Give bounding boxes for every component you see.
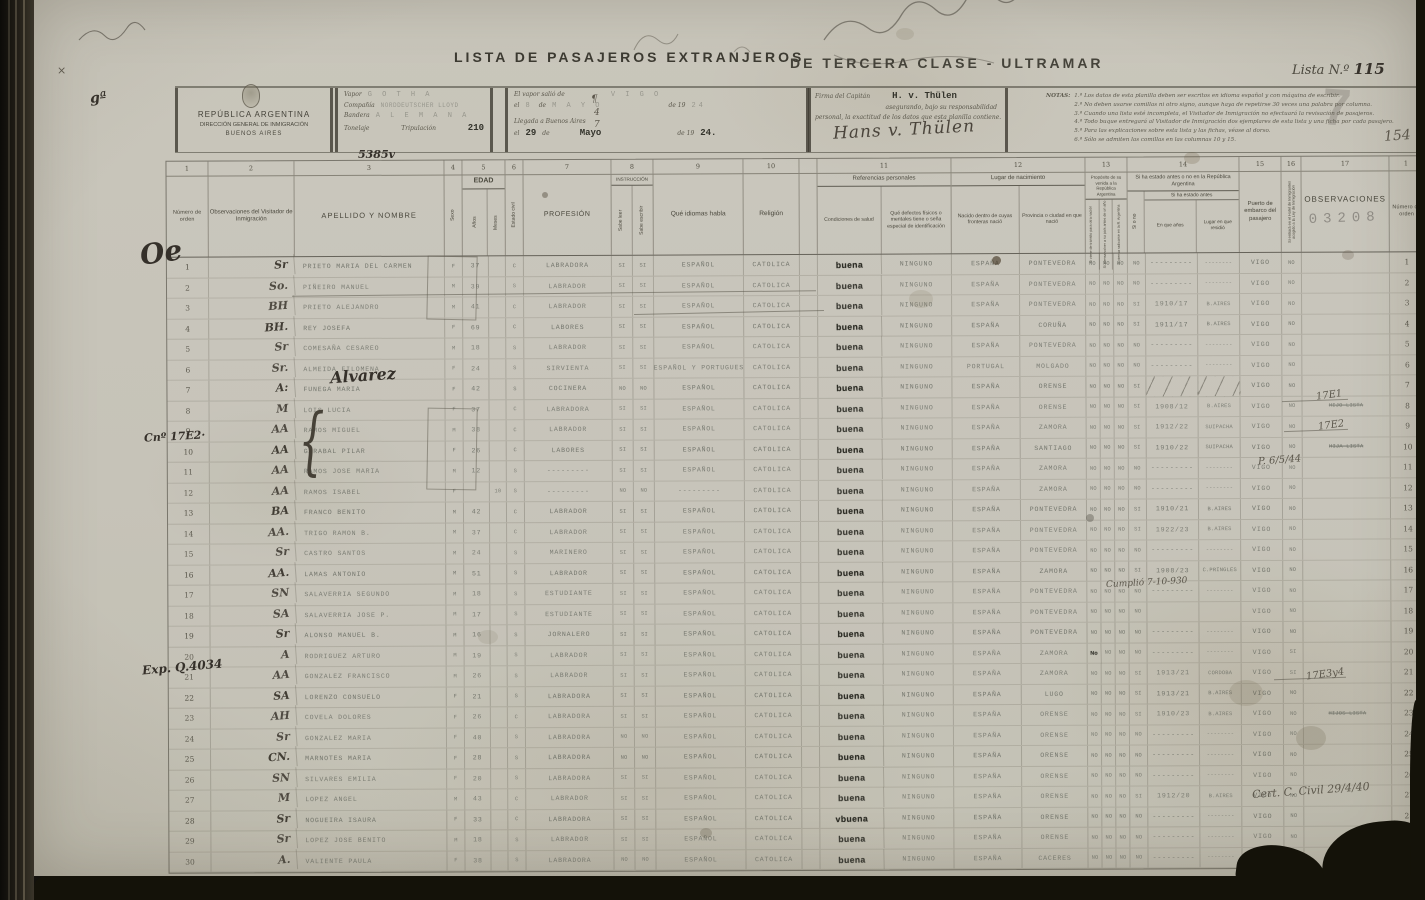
cell-sal: buena [819,664,883,685]
column-number: 15 [1239,157,1281,171]
cell-sp [802,829,820,849]
cell-sal: buena [819,480,883,501]
cell-idi: ESPAÑOL [655,604,745,624]
cell-sal: buena [818,357,882,378]
cell-rel: CATOLICA [745,521,801,541]
cell-def: NINGUNO [884,726,954,746]
column-number: 16 [1281,157,1301,171]
cell-n: 1 [167,258,209,278]
column-number: 12 [951,158,1085,173]
cell-ant: NO [1130,643,1148,663]
cell-n2: 6 [1390,355,1424,375]
cell-sp [802,849,820,869]
cell-def: NINGUNO [883,500,953,520]
cell-sp [800,378,818,398]
cell-n: 4 [167,319,209,339]
cell-p3: NO [1116,848,1130,868]
cell-p2: NO [1101,500,1115,520]
cell-pto: VIGO [1242,663,1284,683]
cell-lee: SI [612,256,633,276]
cell-sex: F [445,359,463,379]
cell-obs [1303,580,1391,600]
cell-y [464,482,490,502]
cell-p2: NO [1101,602,1115,622]
cell-p3: NO [1114,315,1128,335]
cell-p1: NO [1086,274,1100,294]
cell-y: 40 [465,728,491,748]
cell-p1: NO [1088,746,1102,766]
cell-esc: SI [633,297,654,317]
cell-ant: SI [1129,499,1147,519]
cell-lee: SI [612,317,633,337]
cell-sp [801,603,819,623]
cell-sex: M [446,461,464,481]
document-subtitle: DE TERCERA CLASE - ULTRAMAR [790,55,1104,71]
cell-prov: PONTEVEDRA [1021,520,1087,540]
cell-n2: 1 [1390,252,1424,272]
cell-p2: NO [1100,397,1114,417]
cell-lee: SI [613,563,634,583]
cell-sex: M [447,830,465,850]
cell-def: NINGUNO [882,295,952,315]
cell-def: NINGUNO [884,767,954,787]
header-sex: Sexo [445,175,463,255]
cell-prov: PONTEVEDRA [1021,582,1087,602]
cell-name: FUNEGA MARIA [295,380,445,400]
cell-pto: VIGO [1241,458,1283,478]
cell-y: 16 [464,625,490,645]
tripulacion-value: 210 [468,123,484,133]
column-number: 14 [1127,157,1239,171]
cell-anos: 1913/21 [1148,663,1200,683]
cell-civ: C [508,789,526,809]
cell-obs [1304,847,1392,867]
cell-idi: ESPAÑOL [656,809,746,829]
cell-anos: 1913/21 [1148,684,1200,704]
cell-def: NINGUNO [883,623,953,643]
header-observations: OBSERVACIONES 03208 [1302,171,1390,251]
cell-lug [1198,376,1240,396]
cell-y: 42 [463,379,489,399]
cell-y: 37 [463,256,489,276]
cell-pais: ESPAÑA [952,254,1020,274]
cell-prov: PONTEVEDRA [1020,295,1086,315]
cell-esc: NO [635,748,656,768]
cell-obs [1303,560,1391,580]
column-number: 13 [1085,158,1127,172]
cell-civ: S [508,748,526,768]
cell-n2: 20 [1392,642,1425,662]
vapor-value: G O T H A [368,91,433,99]
cell-p1: NO [1087,520,1101,540]
de-label2: de [542,130,549,137]
cell-def: NINGUNO [883,541,953,561]
cell-p1: NO [1088,725,1102,745]
cell-anos: 1912/22 [1147,417,1199,437]
cell-sex: M [445,277,463,297]
cell-rel: CATOLICA [744,337,800,357]
cell-idi: ESPAÑOL [656,747,746,767]
cell-p1: NO [1088,684,1102,704]
cell-n2: 19 [1391,621,1425,641]
cell-ant: SI [1129,417,1147,437]
cell-lee: SI [614,686,635,706]
cell-sex: F [445,318,463,338]
cell-prof: LABRADORA [524,399,612,419]
cell-n2: 7 [1390,375,1424,395]
cell-y: 24 [463,359,489,379]
cell-sal: buena [818,254,882,275]
cell-rel: CATOLICA [746,665,802,685]
cell-name: COVELA DOLORES [297,708,447,728]
cell-esc: SI [635,789,656,809]
cell-p3: NO [1116,807,1130,827]
cell-n2: 29 [1392,826,1425,846]
cell-prov: ORENSE [1022,746,1088,766]
cell-idi: ESPAÑOL Y PORTUGUES [654,358,744,378]
cell-m [491,687,508,707]
cell-n2: 16 [1391,560,1425,580]
cell-hot: NO [1284,683,1304,703]
cell-prof: LABRADOR [525,502,613,522]
cell-m [491,769,508,789]
cell-lug: B.AIRES [1198,294,1240,314]
cell-y: 18 [463,338,489,358]
cell-def: NINGUNO [884,849,954,869]
cell-ant: NO [1130,848,1148,868]
cell-n: 5 [167,340,209,360]
cell-sex: F [447,851,465,871]
cell-p2: NO [1100,254,1114,274]
cell-n2: 4 [1390,314,1424,334]
cell-n2: 12 [1391,478,1425,498]
cell-idi: ESPAÑOL [654,399,744,419]
cell-prov: ORENSE [1022,725,1088,745]
cell-p3: NO [1116,828,1130,848]
cell-n: 7 [167,381,209,401]
cell-sex: F [447,769,465,789]
cell-civ: S [508,769,526,789]
cell-m [490,584,507,604]
cell-rel: CATOLICA [745,501,801,521]
cell-m [490,543,507,563]
cell-sp [802,706,820,726]
cell-ant: NO [1128,356,1146,376]
cell-sp [800,255,818,275]
cell-y: 39 [463,277,489,297]
column-number: 3 [294,161,444,176]
cell-lee: SI [612,358,633,378]
cell-n2: 28 [1392,806,1425,826]
cell-p3: NO [1114,274,1128,294]
cell-p1: NO [1087,418,1101,438]
cell-pto: VIGO [1241,560,1283,580]
cell-civ: S [506,277,524,297]
cell-rel: CATOLICA [746,706,802,726]
vapor-label: Vapor [344,91,362,98]
cell-prof: LABRADORA [524,256,612,276]
cell-lee: SI [612,338,633,358]
column-number: 7 [523,160,611,174]
column-number: 17 [1301,156,1389,170]
cell-prov: ORENSE [1022,705,1088,725]
note-line: 4.ª Todo buque entregará al Visitador de… [1074,118,1393,127]
arrival-year: 24. [700,128,716,138]
cell-def: NINGUNO [882,336,952,356]
cell-p2: NO [1102,766,1116,786]
cell-def: NINGUNO [884,664,954,684]
cell-pto: VIGO [1241,478,1283,498]
cell-n: 30 [169,852,211,872]
cell-sal: buena [820,849,884,870]
cell-y: 18 [464,584,490,604]
cell-name: RODRIGUEZ ARTURO [297,646,447,666]
header-purpose-group: Propósito de su venida a la República Ar… [1086,173,1128,253]
cell-lug: -------- [1198,253,1240,273]
cell-civ: S [507,564,525,584]
cell-m [490,441,507,461]
cell-civ: C [506,318,524,338]
org-name: REPÚBLICA ARGENTINA [178,110,330,119]
cell-prof: LABRADOR [525,522,613,542]
cell-ant: SI [1128,397,1146,417]
cell-lee: NO [614,727,635,747]
cell-esc: NO [635,850,656,870]
cell-idi: ESPAÑOL [655,583,745,603]
cell-sp [801,460,819,480]
cell-prof: LABRADORA [526,748,614,768]
cell-sex: F [447,687,465,707]
cell-prof: MARINERO [525,543,613,563]
cell-rel: CATOLICA [745,562,801,582]
cell-def: NINGUNO [882,398,952,418]
cell-pais: ESPAÑA [954,685,1022,705]
cell-def: NINGUNO [884,644,954,664]
cell-p2: NO [1100,336,1114,356]
cell-prof: COCINERA [524,379,612,399]
cell-p3: NO [1115,500,1129,520]
firma-label: Firma del Capitán [815,93,870,100]
cell-name: FRANCO BENITO [296,503,446,523]
cell-idi: ESPAÑOL [655,624,745,644]
cell-rel: CATOLICA [744,378,800,398]
cell-prov: CACERES [1022,848,1088,868]
cell-lug: B.AIRES [1199,499,1241,519]
cell-prof: LABRADORA [526,707,614,727]
cell-m [489,400,506,420]
cell-pais: ESPAÑA [954,849,1022,869]
cell-lug: -------- [1200,848,1242,868]
cell-anos: --------- [1148,766,1200,786]
cell-anos: --------- [1146,274,1198,294]
cell-anos: --------- [1148,807,1200,827]
cell-sp [801,583,819,603]
cell-hot: NO [1284,847,1304,867]
cell-y: 28 [465,748,491,768]
cell-pais: ESPAÑA [953,480,1021,500]
cell-name: PRIETO MARIA DEL CARMEN [295,257,445,277]
cell-ant: NO [1128,335,1146,355]
cell-esc: SI [635,666,656,686]
cell-lee: SI [613,543,634,563]
cell-p2: NO [1101,561,1115,581]
header-been-group: Si ha estado antes o no en la República … [1128,172,1240,252]
cell-n2: 8 [1390,396,1424,416]
passenger-table: 12345678910111213141516171 Número de ord… [165,155,1425,873]
cell-pais: PORTUGAL [952,357,1020,377]
cell-pais: ESPAÑA [954,705,1022,725]
cell-sp [800,275,818,295]
column-number: 1 [166,162,208,176]
cell-civ: S [508,666,526,686]
cell-esc: SI [635,830,656,850]
cell-name: SALAVERRIA JOSE P. [296,605,446,625]
cell-p1: NO [1086,397,1100,417]
cell-obs [1303,478,1391,498]
cell-anos: --------- [1147,458,1199,478]
voyage-box: El vapor salió deV I G O el8deM A Y Ode … [505,88,811,152]
cell-m [491,810,508,830]
cell-prof: LABRADOR [524,338,612,358]
cell-anos: --------- [1148,643,1200,663]
cell-pto: VIGO [1242,704,1284,724]
cell-hot: NO [1283,540,1303,560]
cell-civ: C [508,810,526,830]
cell-obs [1304,765,1392,785]
page-edge-line [15,0,17,900]
cell-def: NINGUNO [884,787,954,807]
table-header: Número de orden Observaciones del Visita… [167,171,1425,257]
salio-value: V I G O [611,91,661,99]
cell-prov: ORENSE [1022,828,1088,848]
column-number: 2 [208,161,294,175]
cell-pais: ESPAÑA [952,398,1020,418]
cell-lug: -------- [1200,827,1242,847]
cell-anos: --------- [1147,622,1199,642]
cell-y: 21 [465,687,491,707]
header-name: APELLIDO Y NOMBRE [295,176,445,257]
cell-sal: buena [819,623,883,644]
cell-sex: M [446,420,464,440]
cell-esc: SI [634,522,655,542]
cell-sal: buena [819,562,883,583]
cell-p3: NO [1115,602,1129,622]
cell-prov: PONTEVEDRA [1020,336,1086,356]
cell-idi: ESPAÑOL [655,419,745,439]
cell-anos: --------- [1148,848,1200,868]
cell-obs [1304,744,1392,764]
cell-obs [1303,519,1391,539]
column-number: 5 [462,160,505,174]
cell-anos: --------- [1147,540,1199,560]
cell-sal: buena [820,685,884,706]
cell-p3: NO [1116,725,1130,745]
cell-sal: buena [818,336,882,357]
cell-pais: ESPAÑA [952,316,1020,336]
cell-prof: ESTUDIANTE [525,584,613,604]
cell-pto: VIGO [1242,847,1284,867]
cell-hot: NO [1282,314,1302,334]
cell-rel: CATOLICA [745,419,801,439]
cell-p3: NO [1116,643,1130,663]
compania-label: Compañía [344,102,375,109]
cell-n: 25 [169,750,211,770]
cell-lug: -------- [1198,335,1240,355]
cell-prof: LABRADOR [526,645,614,665]
cell-ant: NO [1129,622,1147,642]
cell-lug: -------- [1200,725,1242,745]
org-city: BUENOS AIRES [178,131,330,137]
cell-pto: VIGO [1241,622,1283,642]
cell-prof: LABRADOR [525,563,613,583]
cell-pais: ESPAÑA [953,459,1021,479]
header-hotel: Si entrará en el Hotel de Inmigrantes ac… [1282,172,1302,252]
cell-name: MARNOTES MARIA [297,749,447,769]
cell-p1: NO [1088,828,1102,848]
cell-esc: SI [634,461,655,481]
lista-number-handwritten: 115 [1354,60,1385,78]
cell-sex: F [447,748,465,768]
cell-lug: -------- [1200,643,1242,663]
cell-obs [1302,252,1390,272]
cell-prof: LABRADOR [524,297,612,317]
cell-idi: ESPAÑOL [656,706,746,726]
cell-civ: S [508,728,526,748]
cell-idi: ESPAÑOL [655,440,745,460]
cell-m [491,748,508,768]
cell-civ: C [507,420,525,440]
captain-line1: asegurando, bajo su responsabilidad [886,104,997,111]
cell-pto: VIGO [1241,499,1283,519]
cell-prov: PONTEVEDRA [1020,274,1086,294]
cell-civ: S [507,625,525,645]
cell-rel: CATOLICA [745,603,801,623]
cell-civ: C [507,502,525,522]
cell-idi: ESPAÑOL [655,563,745,583]
cell-lug: -------- [1198,274,1240,294]
cell-idi: ESPAÑOL [656,788,746,808]
cell-p2: NO [1101,479,1115,499]
cell-p2: NO [1102,828,1116,848]
cell-pais: ESPAÑA [952,336,1020,356]
handwritten-annotation: × [57,64,66,77]
cell-n: 18 [168,606,210,626]
cell-name: PRIETO ALEJANDRO [295,298,445,318]
page-edge-line [8,0,10,900]
cell-hot: NO [1282,376,1302,396]
cell-anos: 1912/20 [1148,786,1200,806]
cell-obs [1304,724,1392,744]
cell-m [491,646,508,666]
cell-name: NOGUEIRA ISAURA [297,810,447,830]
cell-p1: NO [1087,561,1101,581]
cell-esc: SI [634,440,655,460]
cell-sp [800,337,818,357]
cell-n: 14 [168,524,210,544]
cell-sal: buena [820,767,884,788]
header-birthplace-group: Lugar de nacimiento Nacido dentro de cuy… [952,173,1086,254]
cell-y: 33 [465,810,491,830]
cell-p3: NO [1114,377,1128,397]
cell-name: VALIENTE PAULA [297,851,447,871]
cell-p3: NO [1114,254,1128,274]
cell-ant: NO [1129,602,1147,622]
cell-n: 17 [168,586,210,606]
cell-civ: S [508,851,526,871]
cell-obs [1303,498,1391,518]
cell-prov: ZAMORA [1021,418,1087,438]
cell-pto: VIGO [1240,253,1282,273]
